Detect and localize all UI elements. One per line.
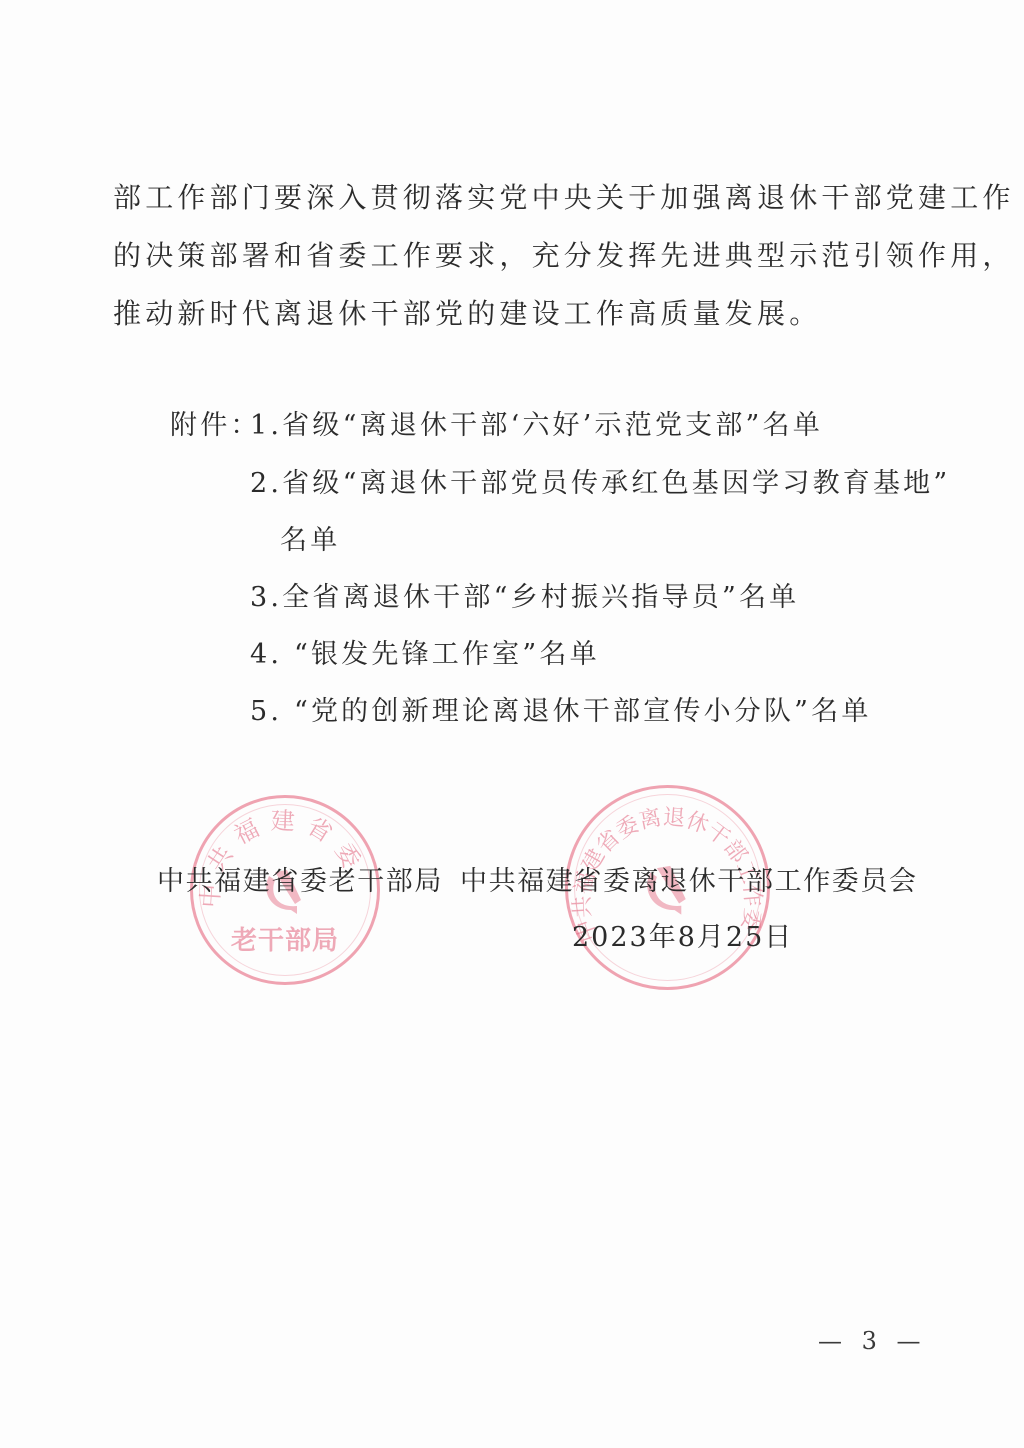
issue-date: 2023年8月25日: [572, 918, 793, 958]
attachment-item-1: 1.省级“离退休干部‘六好’示范党支部”名单: [250, 406, 823, 446]
attachment-text: 省级“离退休干部‘六好’示范党支部”名单: [282, 410, 823, 441]
attachment-text: “银发先锋工作室”名单: [294, 639, 600, 670]
attachment-item-4: 4. “银发先锋工作室”名单: [250, 635, 600, 675]
page-number: — 3 —: [818, 1327, 927, 1355]
attachment-item-2: 2.省级“离退休干部党员传承红色基因学习教育基地”: [250, 464, 950, 504]
attachment-number: 3.: [250, 582, 282, 613]
attachment-number: 4.: [250, 639, 282, 670]
issuer-2: 中共福建省委离退休干部工作委员会: [460, 862, 918, 902]
attachment-text: 全省离退休干部“乡村振兴指导员”名单: [282, 582, 799, 613]
body-paragraph-line-2: 的决策部署和省委工作要求，充分发挥先进典型示范引领作用，: [113, 236, 1015, 276]
seal-bottom-text: 老干部局: [193, 920, 377, 957]
document-page: 部工作部门要深入贯彻落实党中央关于加强离退休干部党建工作 的决策部署和省委工作要…: [0, 0, 1024, 1448]
attachment-text: 省级“离退休干部党员传承红色基因学习教育基地”: [282, 468, 950, 499]
issuer-1: 中共福建省委老干部局: [157, 862, 443, 902]
attachment-item-5: 5. “党的创新理论离退休干部宣传小分队”名单: [250, 692, 872, 732]
body-paragraph-line-1: 部工作部门要深入贯彻落实党中央关于加强离退休干部党建工作: [113, 178, 1015, 218]
attachments-label: 附件：: [170, 406, 261, 446]
body-paragraph-line-3: 推动新时代离退休干部党的建设工作高质量发展。: [113, 294, 821, 334]
attachment-number: 1.: [250, 410, 282, 441]
attachment-item-2-continuation: 名单: [280, 521, 340, 561]
attachment-item-3: 3.全省离退休干部“乡村振兴指导员”名单: [250, 578, 799, 618]
attachment-number: 5.: [250, 696, 282, 727]
attachment-number: 2.: [250, 468, 282, 499]
attachment-text: “党的创新理论离退休干部宣传小分队”名单: [294, 696, 872, 727]
